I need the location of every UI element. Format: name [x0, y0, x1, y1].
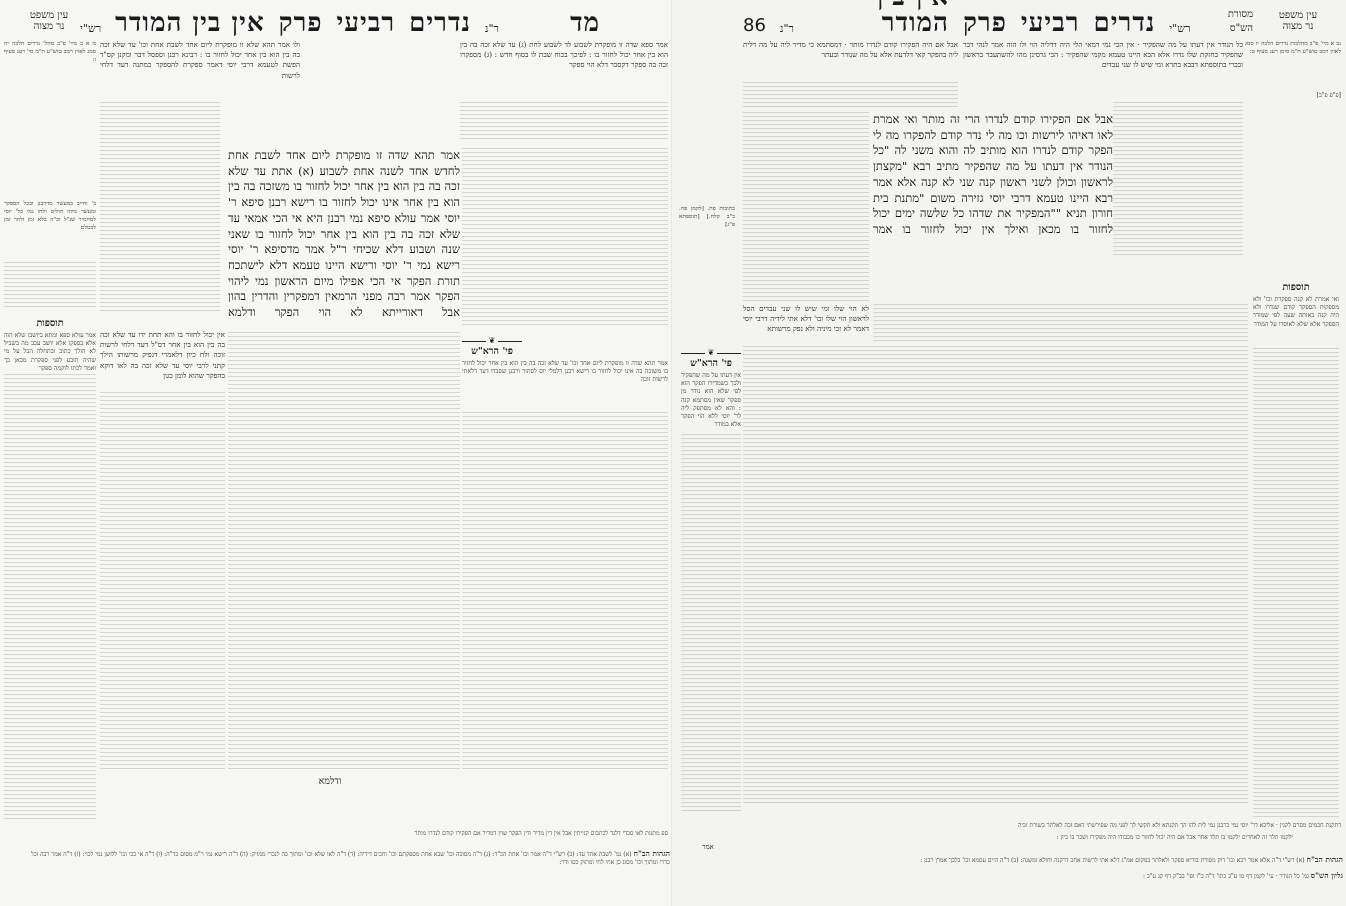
- ran-top: ולו אמר תהא שלא זו מופקרת ליום אחד לשבת …: [100, 40, 300, 100]
- rashi-text-lines: [743, 82, 958, 108]
- gilyon-hashas: גליון הש"ס גמ' כל הנודר · עי' לקמן דף מו…: [873, 872, 1343, 881]
- gemara-text: אמר תהא שדה זו מופקרת ליום אחד לשבת אחת …: [228, 148, 460, 328]
- chapter-word: פרק: [963, 10, 1007, 36]
- ein-mishpat-note: נב א מיי' פ"ב מהלכות נדרים הלכה יז סמג ל…: [1245, 40, 1341, 76]
- hagahot-habach: הגהות הב"ח (א) גמ' לשבת אחד עד: (ב) רש"י…: [20, 850, 670, 867]
- page-header: מד ר"נ נדרים רביעי פרק אין בין המודר רש"…: [80, 6, 600, 36]
- rosh-text: אמר תהא שדה זו מופקרת ליום אחד וכו' עד ש…: [462, 360, 668, 410]
- hagahot-habach: הגהות הב"ח (א) רש"י ד"ה אלא אמר רבא וכו'…: [753, 856, 1343, 865]
- rosh-title: פי' הרא"ש: [681, 358, 741, 369]
- hagahot-text: (א) רש"י ד"ה אלא אמר רבא וכו' דוק מסורת …: [920, 857, 1304, 864]
- chapter-name: אין בין המודר: [808, 0, 949, 36]
- rosh-text-lines: [681, 434, 741, 814]
- page-number: 86: [743, 15, 766, 36]
- ran-main: אין יכול לחזור בו והא תחת ידו עד שלא זכה…: [100, 330, 225, 390]
- tosafot-text: אמר עולא ספא ומתא ביושבו שלא הוה אלא בספ…: [4, 332, 96, 372]
- commentary-lines: [228, 332, 460, 772]
- ein-mishpat-title-line2: נר מצוה: [14, 21, 84, 32]
- tosafot-text: ואי אמרת לא קנה ספקרת וכו' ולא מספקות הס…: [1253, 296, 1339, 346]
- rosh-text-lines: [462, 412, 668, 772]
- page-header: מסורת הש"ס רש"י נדרים רביעי פרק אין בין …: [743, 6, 1253, 36]
- ein-mishpat-title-line1: עין משפט: [14, 10, 84, 21]
- margin-text-lines: [4, 262, 96, 310]
- gilyon-text: גמ' כל הנודר · עי' לקמן דף מו ע"ב כתו' ד…: [1143, 873, 1309, 880]
- masoret-hashas-label: מסורת הש"ס: [1204, 8, 1253, 36]
- rashi-label: רש"י: [1169, 22, 1190, 36]
- tractate-name: נדרים: [1094, 10, 1156, 36]
- hagahot-text: (א) גמ' לשבת אחד עד: (ב) רש"י ד"ה אמר וכ…: [31, 851, 670, 866]
- left-page: עין משפט נר מצוה מד ר"נ נדרים רביעי פרק …: [0, 0, 673, 906]
- section-ornament: ❦: [462, 338, 522, 344]
- ran-main-lines: [100, 392, 225, 772]
- hagahot-label: הגהות הב"ח: [634, 849, 670, 858]
- chapter-number: רביעי: [336, 10, 395, 36]
- rashi-text-lines: [460, 102, 668, 142]
- ein-mishpat-title-line2: נר מצוה: [1263, 21, 1333, 32]
- closing-word: אמר: [693, 842, 723, 853]
- rashi-column-lines: [462, 148, 668, 328]
- ein-mishpat-title: עין משפט נר מצוה: [14, 10, 84, 32]
- rashi-column-lines: [743, 112, 869, 302]
- ein-mishpat-ref: [פ"פ פ"ב]: [1245, 92, 1341, 100]
- footer-line: דתקנת חכמים מסרם לקנין · אליבא דר' יוסי …: [681, 822, 1341, 830]
- gilyon-label: גליון הש"ס: [1311, 871, 1343, 880]
- commentary-lines: [743, 346, 1248, 806]
- section-ornament: ❦: [681, 350, 741, 356]
- tosafot-title: תוספות: [4, 318, 96, 329]
- chapter-name: אין בין המודר: [115, 10, 265, 36]
- rashi-top: אמר ספא שדה זו מופקרת לשבוע לד לשבוע לחת…: [460, 40, 668, 100]
- chapter-word: פרק: [279, 10, 323, 36]
- rosh-text: אין דעתו על מה שהפקיר ולכך כשמדירו הפקר …: [681, 372, 741, 432]
- tosafot-text-lines: [4, 374, 96, 820]
- right-page: עין משפט נר מצוה מסורת הש"ס רש"י נדרים ר…: [673, 0, 1346, 906]
- ran-text-lines: [1113, 102, 1243, 257]
- gemara-text: אבל אם הפקירו קודם לנדרו הרי זה מותר ואי…: [873, 112, 1113, 302]
- ein-mishpat-title: עין משפט נר מצוה: [1263, 10, 1333, 32]
- mishna-footer: ספ מתנות לאו סכדי דלגד לכתבום קנייתין אב…: [100, 830, 668, 838]
- rashi-top: אבל אם היה הפקירו קודם לנדרו מותר · דמסת…: [743, 40, 958, 80]
- tractate-name: נדרים: [409, 10, 471, 36]
- footer-line-2: ילקמו תלד זה לאחרים ילקמו בו תלד אחר אבל…: [873, 834, 1293, 842]
- folio-number: מד: [570, 10, 600, 36]
- masoret-refs: כתובות פח. [לקמן פח. ב"ב קלח.] [תוספתא פ…: [679, 205, 735, 235]
- ran-label: ר"נ: [485, 22, 499, 36]
- ran-main: לא הוי שלו ומי שיש לו שני עבדים הסל לראש…: [743, 304, 869, 344]
- ein-mishpat-title-line1: עין משפט: [1263, 10, 1333, 21]
- rashi-label: רש"י: [80, 22, 101, 36]
- ran-label: ר"נ: [780, 22, 794, 36]
- ran-text-lines: [100, 102, 220, 312]
- ran-top: כל הנודר אין דעתו על מה שהפקיר · אין הכי…: [963, 40, 1243, 100]
- hagahot-label: הגהות הב"ח: [1307, 855, 1343, 864]
- tosafot-text-lines: [1253, 348, 1339, 818]
- rosh-title: פי' הרא"ש: [462, 346, 522, 357]
- closing-word: ודלמא: [300, 776, 360, 787]
- ran-commentary-lines: [873, 304, 1248, 344]
- ein-mishpat-note: מ א ב מיי' פ"ב מהל' נדרים הלכה יח סמג לא…: [4, 40, 96, 76]
- ein-mishpat-note-2: ב' וחייב במעשר מדרבנן ובכל הספקר ומעשר מ…: [4, 200, 96, 260]
- tosafot-title: תוספות: [1253, 282, 1339, 293]
- chapter-number: רביעי: [1021, 10, 1080, 36]
